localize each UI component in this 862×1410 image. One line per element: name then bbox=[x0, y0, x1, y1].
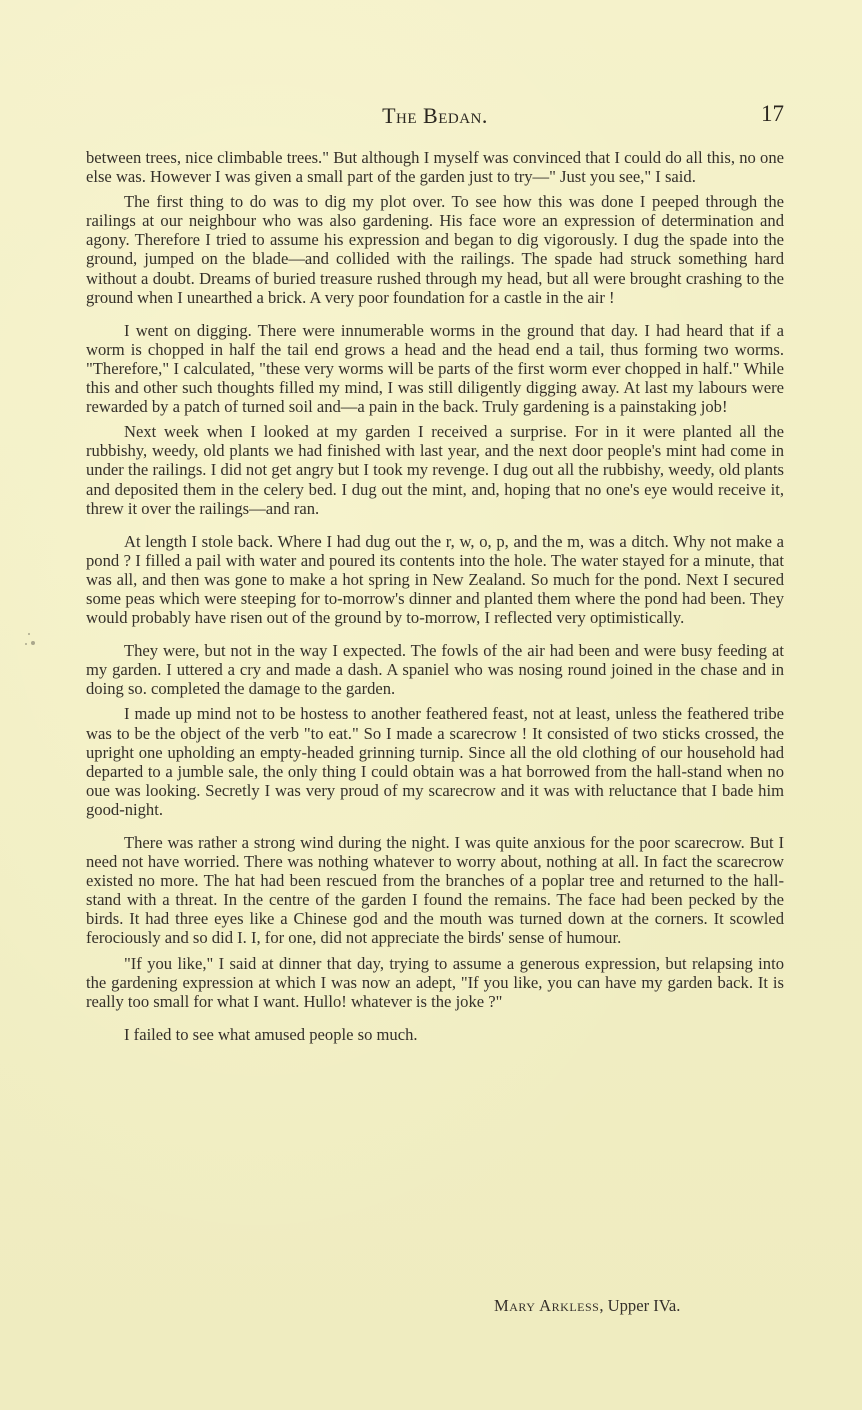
running-title: The Bedan. bbox=[86, 103, 784, 129]
author-form: , Upper IVa. bbox=[599, 1296, 680, 1315]
paragraph: At length I stole back. Where I had dug … bbox=[86, 532, 784, 627]
book-page: The Bedan. 17 between trees, nice climba… bbox=[0, 0, 862, 1410]
paragraph-closing: I failed to see what amused people so mu… bbox=[86, 1025, 784, 1044]
paragraph: "If you like," I said at dinner that day… bbox=[86, 954, 784, 1011]
paragraph: Next week when I looked at my garden I r… bbox=[86, 422, 784, 517]
page-header: The Bedan. 17 bbox=[86, 103, 784, 133]
paper-speck bbox=[28, 633, 30, 635]
author-signature: Mary Arkless, Upper IVa. bbox=[494, 1296, 680, 1316]
paragraph-continuation: between trees, nice climbable trees." Bu… bbox=[86, 148, 784, 186]
paragraph: I made up mind not to be hostess to anot… bbox=[86, 704, 784, 819]
paragraph: They were, but not in the way I expected… bbox=[86, 641, 784, 698]
paper-speck bbox=[25, 643, 27, 645]
paragraph: There was rather a strong wind during th… bbox=[86, 833, 784, 948]
article-body: between trees, nice climbable trees." Bu… bbox=[86, 148, 784, 1044]
page-number: 17 bbox=[761, 101, 784, 127]
paragraph: I went on digging. There were innumerabl… bbox=[86, 321, 784, 416]
paragraph: The first thing to do was to dig my plot… bbox=[86, 192, 784, 307]
author-name: Mary Arkless bbox=[494, 1296, 599, 1315]
paper-speck bbox=[31, 641, 35, 645]
